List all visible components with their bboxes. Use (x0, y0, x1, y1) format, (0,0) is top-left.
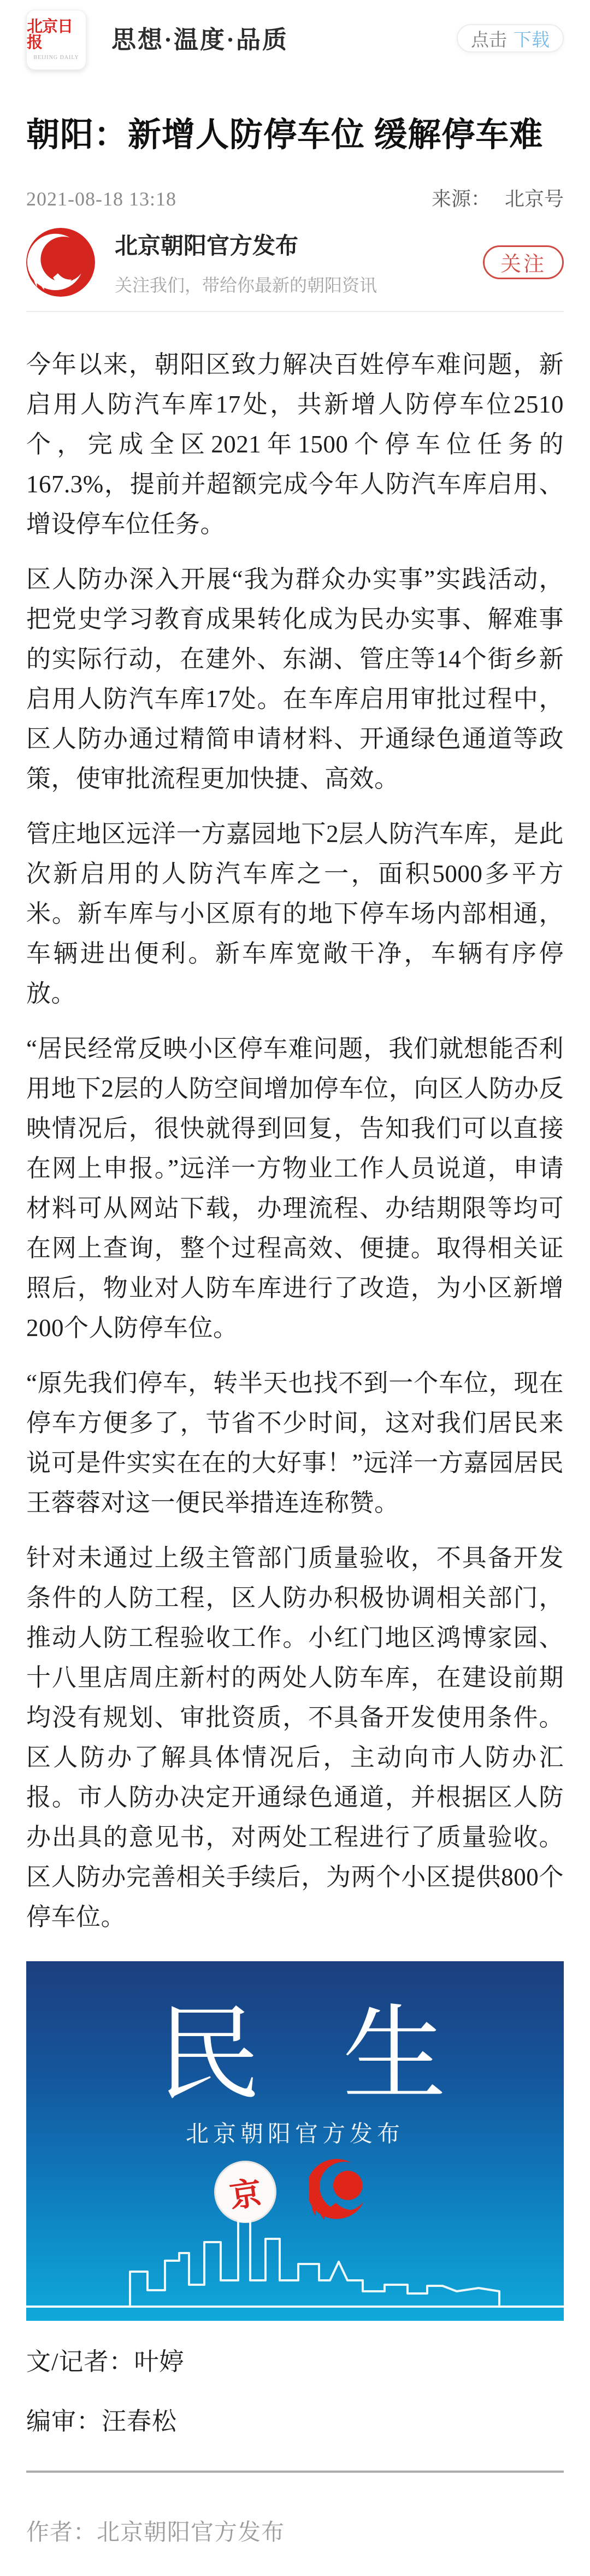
source-value[interactable]: 北京号 (505, 188, 564, 210)
account-avatar[interactable] (26, 228, 95, 297)
footer-divider (26, 2471, 564, 2473)
phoenix-logo-icon (26, 228, 95, 297)
paragraph: “原先我们停车，转半天也找不到一个车位，现在停车方便多了，节省不少时间，这对我们… (26, 1363, 564, 1523)
publish-date: 2021-08-18 13:18 (26, 187, 176, 210)
paragraph: “居民经常反映小区停车难问题，我们就想能否利用地下2层的人防空间增加停车位，向区… (26, 1029, 564, 1348)
beijing-daily-logo-subtext: BEIJING DAILY (33, 55, 79, 61)
account-name: 北京朝阳官方发布 (115, 228, 377, 261)
account-card: 北京朝阳官方发布 关注我们，带给你最新的朝阳资讯 关注 (26, 228, 564, 297)
banner-title-char: 民 (157, 2004, 261, 2108)
city-skyline-icon (26, 2208, 564, 2318)
banner-title: 民 生 (33, 2004, 564, 2108)
app-slogan: 思想·温度·品质 (111, 10, 288, 70)
paragraph: 区人防办深入开展“我为群众办实事”实践活动，把党史学习教育成果转化成为民办实事、… (26, 560, 564, 799)
app-header: 北京日报 BEIJING DAILY 思想·温度·品质 点击 下载 (26, 0, 564, 70)
source: 来源：北京号 (432, 184, 564, 211)
article-page: 北京日报 BEIJING DAILY 思想·温度·品质 点击 下载 朝阳：新增人… (0, 0, 590, 2547)
account-description: 关注我们，带给你最新的朝阳资讯 (115, 272, 377, 297)
download-prefix-label: 点击 (471, 26, 507, 51)
banner-subtitle: 北京朝阳官方发布 (26, 2116, 564, 2149)
banner-title-char: 生 (343, 2004, 446, 2108)
article-meta: 2021-08-18 13:18 来源：北京号 (26, 184, 564, 211)
beijing-daily-logo[interactable]: 北京日报 BEIJING DAILY (26, 10, 86, 70)
editor-credit: 编审：汪春松 (26, 2401, 564, 2437)
paragraph: 今年以来，朝阳区致力解决百姓停车难问题，新启用人防汽车库17处，共新增人防停车位… (26, 345, 564, 544)
author-note: 作者：北京朝阳官方发布 (26, 2514, 564, 2547)
follow-button[interactable]: 关注 (483, 245, 564, 279)
minsheng-banner-image[interactable]: 民 生 北京朝阳官方发布 京 (26, 1961, 564, 2321)
paragraph: 管庄地区远洋一方嘉园地下2层人防汽车库，是此次新启用的人防汽车库之一，面积500… (26, 814, 564, 1014)
account-info: 北京朝阳官方发布 关注我们，带给你最新的朝阳资讯 (115, 228, 377, 297)
article-body: 今年以来，朝阳区致力解决百姓停车难问题，新启用人防汽车库17处，共新增人防停车位… (26, 312, 564, 1937)
paragraph: 针对未通过上级主管部门质量验收，不具备开发条件的人防工程，区人防办积极协调相关部… (26, 1538, 564, 1937)
download-app-button[interactable]: 点击 下载 (457, 24, 564, 52)
reporter-credit: 文/记者：叶婷 (26, 2342, 564, 2377)
beijing-daily-logo-text: 北京日报 (27, 19, 86, 51)
article-title: 朝阳：新增人防停车位 缓解停车难 (26, 109, 564, 161)
download-action-label: 下载 (514, 26, 550, 51)
source-label: 来源： (432, 188, 491, 210)
